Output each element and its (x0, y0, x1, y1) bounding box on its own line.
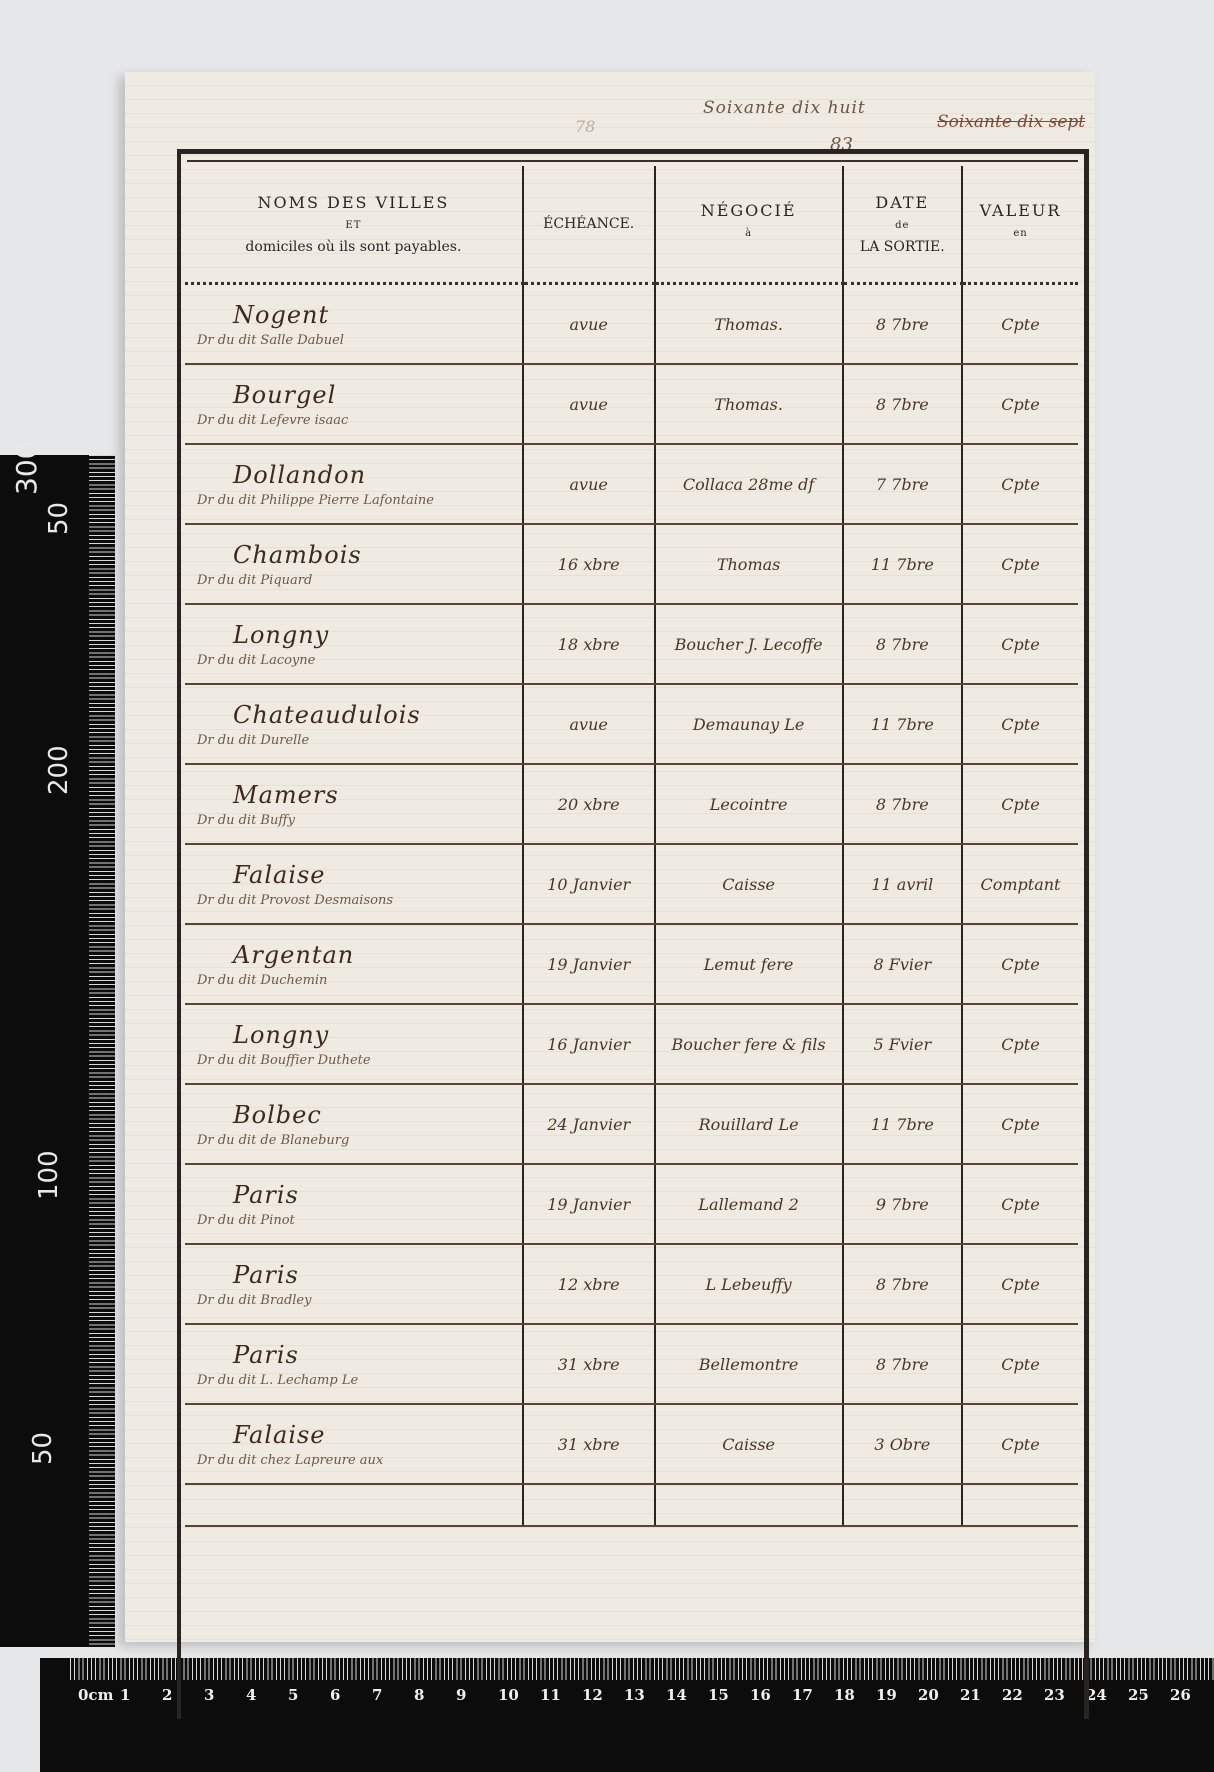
cell-echeance: 16 xbre (523, 524, 655, 604)
cell-echeance (523, 1484, 655, 1526)
cell-negocie: Caisse (655, 1404, 843, 1484)
cell-negocie: Bellemontre (655, 1324, 843, 1404)
table-row: BolbecDr du dit de Blaneburg24 JanvierRo… (185, 1084, 1078, 1164)
cell-negocie: Demaunay Le (655, 684, 843, 764)
cell-negocie: L Lebeuffy (655, 1244, 843, 1324)
cell-valeur: Cpte (962, 924, 1078, 1004)
header-villes: NOMS DES VILLES ET domiciles où ils sont… (185, 166, 523, 284)
cell-valeur: Cpte (962, 1164, 1078, 1244)
cell-ville: LongnyDr du dit Bouffier Duthete (185, 1004, 523, 1084)
cell-ville: FalaiseDr du dit Provost Desmaisons (185, 844, 523, 924)
cell-ville: LongnyDr du dit Lacoyne (185, 604, 523, 684)
cell-ville: BourgelDr du dit Lefevre isaac (185, 364, 523, 444)
table-row: BourgelDr du dit Lefevre isaacavueThomas… (185, 364, 1078, 444)
domicile: Dr du dit chez Lapreure aux (193, 1453, 514, 1468)
city-name: Bolbec (193, 1101, 514, 1129)
cell-ville: ParisDr du dit Pinot (185, 1164, 523, 1244)
cell-valeur: Cpte (962, 1084, 1078, 1164)
domicile: Dr du dit Bouffier Duthete (193, 1053, 514, 1068)
cell-negocie (655, 1484, 843, 1526)
city-name: Longny (193, 621, 514, 649)
ruler-number: 25 (1128, 1686, 1170, 1704)
table-row: ParisDr du dit Pinot19 JanvierLallemand … (185, 1164, 1078, 1244)
table-row: ChamboisDr du dit Piquard16 xbreThomas11… (185, 524, 1078, 604)
cell-date: 5 Fvier (843, 1004, 962, 1084)
cell-valeur: Cpte (962, 444, 1078, 524)
cell-date: 8 7bre (843, 284, 962, 365)
header-date: DATE de LA SORTIE. (843, 166, 962, 284)
cell-valeur: Cpte (962, 1404, 1078, 1484)
table-row: MamersDr du dit Buffy20 xbreLecointre8 7… (185, 764, 1078, 844)
cell-negocie: Lecointre (655, 764, 843, 844)
domicile: Dr du dit L. Lechamp Le (193, 1373, 514, 1388)
cell-echeance: 20 xbre (523, 764, 655, 844)
city-name: Bourgel (193, 381, 514, 409)
cell-ville: ArgentanDr du dit Duchemin (185, 924, 523, 1004)
table-frame: NOMS DES VILLES ET domiciles où ils sont… (177, 149, 1089, 1719)
domicile: Dr du dit Lacoyne (193, 653, 514, 668)
cell-echeance: 16 Janvier (523, 1004, 655, 1084)
table-row: FalaiseDr du dit chez Lapreure aux31 xbr… (185, 1404, 1078, 1484)
handwritten-annotation: Soixante dix huit (703, 98, 866, 118)
city-name: Falaise (193, 1421, 514, 1449)
cell-valeur: Cpte (962, 284, 1078, 365)
cell-echeance: avue (523, 364, 655, 444)
cell-date: 9 7bre (843, 1164, 962, 1244)
city-name: Paris (193, 1341, 514, 1369)
cell-ville: ParisDr du dit Bradley (185, 1244, 523, 1324)
domicile: Dr du dit Durelle (193, 733, 514, 748)
cell-negocie: Thomas. (655, 364, 843, 444)
table-row: ParisDr du dit Bradley12 xbreL Lebeuffy8… (185, 1244, 1078, 1324)
table-row: ParisDr du dit L. Lechamp Le31 xbreBelle… (185, 1324, 1078, 1404)
cell-negocie: Boucher J. Lecoffe (655, 604, 843, 684)
table-header-row: NOMS DES VILLES ET domiciles où ils sont… (185, 166, 1078, 284)
domicile: Dr du dit Pinot (193, 1213, 514, 1228)
cell-date: 11 7bre (843, 524, 962, 604)
cell-negocie: Collaca 28me df (655, 444, 843, 524)
cell-negocie: Lemut fere (655, 924, 843, 1004)
vertical-ruler: 300 50 200 100 50 (0, 455, 115, 1647)
cell-valeur: Cpte (962, 1324, 1078, 1404)
ruler-label: 300 (10, 442, 43, 495)
domicile: Dr du dit Salle Dabuel (193, 333, 514, 348)
cell-valeur: Cpte (962, 684, 1078, 764)
table-row: DollandonDr du dit Philippe Pierre Lafon… (185, 444, 1078, 524)
cell-date: 8 Fvier (843, 924, 962, 1004)
header-valeur: VALEUR en (962, 166, 1078, 284)
cell-ville: FalaiseDr du dit chez Lapreure aux (185, 1404, 523, 1484)
domicile: Dr du dit de Blaneburg (193, 1133, 514, 1148)
table-row: ChateauduloisDr du dit DurelleavueDemaun… (185, 684, 1078, 764)
cell-valeur: Comptant (962, 844, 1078, 924)
table-row: LongnyDr du dit Bouffier Duthete16 Janvi… (185, 1004, 1078, 1084)
cell-date: 7 7bre (843, 444, 962, 524)
ruler-label: 200 (44, 745, 74, 795)
table-row (185, 1484, 1078, 1526)
cell-date: 11 7bre (843, 684, 962, 764)
cell-ville: MamersDr du dit Buffy (185, 764, 523, 844)
cell-date: 8 7bre (843, 364, 962, 444)
ruler-number: 24 (1086, 1686, 1128, 1704)
domicile: Dr du dit Philippe Pierre Lafontaine (193, 493, 514, 508)
table-row: FalaiseDr du dit Provost Desmaisons10 Ja… (185, 844, 1078, 924)
ruler-ticks (89, 455, 115, 1647)
cell-ville: ChamboisDr du dit Piquard (185, 524, 523, 604)
cell-date: 8 7bre (843, 1244, 962, 1324)
city-name: Chateaudulois (193, 701, 514, 729)
ruler-number: 1 (120, 1686, 162, 1704)
cell-date (843, 1484, 962, 1526)
cell-valeur: Cpte (962, 1244, 1078, 1324)
cell-echeance: 19 Janvier (523, 924, 655, 1004)
table-row: ArgentanDr du dit Duchemin19 JanvierLemu… (185, 924, 1078, 1004)
city-name: Mamers (193, 781, 514, 809)
cell-ville: DollandonDr du dit Philippe Pierre Lafon… (185, 444, 523, 524)
cell-valeur: Cpte (962, 604, 1078, 684)
ruler-number: 26 (1170, 1686, 1212, 1704)
cell-negocie: Thomas (655, 524, 843, 604)
cell-negocie: Rouillard Le (655, 1084, 843, 1164)
city-name: Falaise (193, 861, 514, 889)
city-name: Argentan (193, 941, 514, 969)
cell-date: 11 avril (843, 844, 962, 924)
cell-echeance: avue (523, 444, 655, 524)
cell-valeur: Cpte (962, 524, 1078, 604)
cell-echeance: 18 xbre (523, 604, 655, 684)
cell-echeance: 12 xbre (523, 1244, 655, 1324)
cell-echeance: 31 xbre (523, 1404, 655, 1484)
cell-valeur: Cpte (962, 364, 1078, 444)
cell-date: 3 Obre (843, 1404, 962, 1484)
city-name: Chambois (193, 541, 514, 569)
domicile: Dr du dit Bradley (193, 1293, 514, 1308)
cell-date: 8 7bre (843, 1324, 962, 1404)
cell-echeance: avue (523, 684, 655, 764)
table-row: LongnyDr du dit Lacoyne18 xbreBoucher J.… (185, 604, 1078, 684)
domicile: Dr du dit Duchemin (193, 973, 514, 988)
cell-valeur: Cpte (962, 1004, 1078, 1084)
cell-echeance: 10 Janvier (523, 844, 655, 924)
cell-negocie: Thomas. (655, 284, 843, 365)
ruler-label: 50 (44, 502, 74, 535)
ruler-label: 50 (28, 1432, 58, 1465)
domicile: Dr du dit Piquard (193, 573, 514, 588)
domicile: Dr du dit Lefevre isaac (193, 413, 514, 428)
city-name: Dollandon (193, 461, 514, 489)
bills-table: NOMS DES VILLES ET domiciles où ils sont… (185, 166, 1078, 1527)
cell-ville (185, 1484, 523, 1526)
document-page: 78 Soixante dix huit Soixante dix sept 8… (125, 72, 1095, 1642)
cell-date: 8 7bre (843, 604, 962, 684)
struck-annotation: Soixante dix sept (937, 112, 1085, 132)
cell-ville: BolbecDr du dit de Blaneburg (185, 1084, 523, 1164)
domicile: Dr du dit Provost Desmaisons (193, 893, 514, 908)
cell-echeance: 19 Janvier (523, 1164, 655, 1244)
header-negocie: NÉGOCIÉ à (655, 166, 843, 284)
cell-ville: NogentDr du dit Salle Dabuel (185, 284, 523, 365)
cell-echeance: avue (523, 284, 655, 365)
ruler-label: 100 (34, 1150, 64, 1200)
cell-date: 11 7bre (843, 1084, 962, 1164)
city-name: Longny (193, 1021, 514, 1049)
city-name: Paris (193, 1261, 514, 1289)
pencil-annotation: 78 (575, 117, 595, 136)
domicile: Dr du dit Buffy (193, 813, 514, 828)
cell-date: 8 7bre (843, 764, 962, 844)
cell-ville: ParisDr du dit L. Lechamp Le (185, 1324, 523, 1404)
ruler-unit: 0cm (78, 1686, 120, 1704)
cell-negocie: Caisse (655, 844, 843, 924)
city-name: Paris (193, 1181, 514, 1209)
header-echeance: ÉCHÉANCE. (523, 166, 655, 284)
cell-negocie: Lallemand 2 (655, 1164, 843, 1244)
cell-valeur (962, 1484, 1078, 1526)
cell-ville: ChateauduloisDr du dit Durelle (185, 684, 523, 764)
city-name: Nogent (193, 301, 514, 329)
cell-negocie: Boucher fere & fils (655, 1004, 843, 1084)
cell-valeur: Cpte (962, 764, 1078, 844)
cell-echeance: 31 xbre (523, 1324, 655, 1404)
cell-echeance: 24 Janvier (523, 1084, 655, 1164)
table-row: NogentDr du dit Salle DabuelavueThomas.8… (185, 284, 1078, 365)
